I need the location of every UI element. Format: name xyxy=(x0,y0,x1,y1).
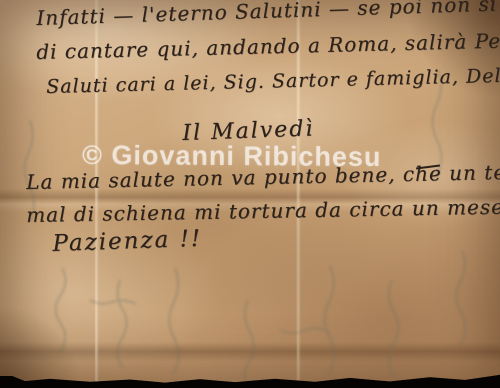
letter-photo: Infatti — l'eterno Salutini — se poi non… xyxy=(0,0,500,388)
copyright-watermark: © Giovanni Ribichesu xyxy=(82,140,382,173)
handwriting-line: Pazienza !! xyxy=(52,226,203,257)
letter-paper: Infatti — l'eterno Salutini — se poi non… xyxy=(0,0,500,388)
